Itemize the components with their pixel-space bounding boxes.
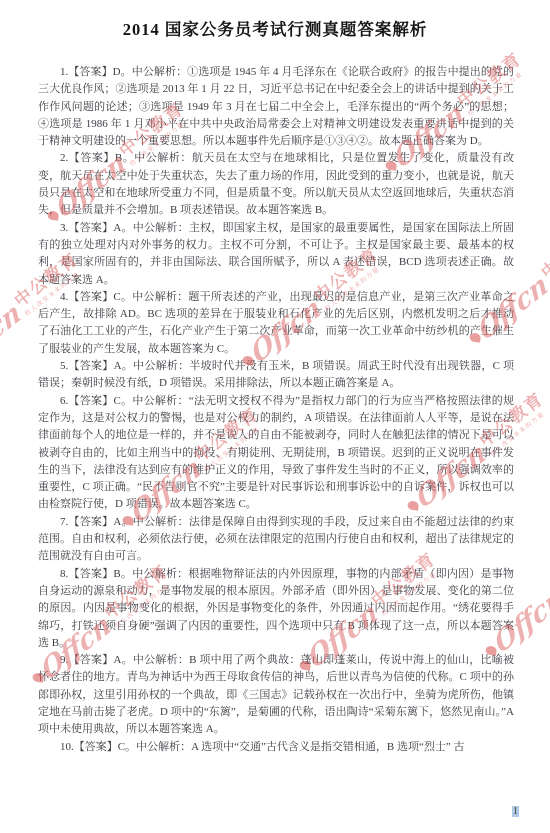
answer-paragraph: 7.【答案】A。中公解析：法律是保障自由得到实现的手段，反过来自由不能超过法律的… (38, 514, 514, 566)
answer-paragraph: 10.【答案】C。中公解析：A 选项中“交通”古代含义是指交错相通，B 选项“烈… (38, 739, 514, 756)
page-number: 1 (512, 806, 519, 817)
answer-paragraph: 2.【答案】B。中公解析：航天员在太空与在地球相比，只是位置发生了变化，质量没有… (38, 150, 514, 219)
answer-paragraph: 1.【答案】D。中公解析：①选项是 1945 年 4 月毛泽东在《论联合政府》的… (38, 64, 514, 150)
document-title: 2014 国家公务员考试行测真题答案解析 (0, 16, 550, 40)
answer-paragraph: 3.【答案】A。中公解析：主权，即国家主权，是国家的最重要属性，是国家在国际法上… (38, 220, 514, 289)
document-page: 2014 国家公务员考试行测真题答案解析 1.【答案】D。中公解析：①选项是 1… (0, 0, 550, 833)
answer-paragraph: 6.【答案】C。中公解析：“法无明文授权不得为”是指权力部门的行为应当严格按照法… (38, 393, 514, 514)
watermark-brand-text: 中公教育 (538, 222, 550, 282)
answer-paragraph: 4.【答案】C。中公解析：题干所表述的产业，出现最迟的是信息产业，是第三次产业革… (38, 289, 514, 358)
answer-paragraph: 8.【答案】B。中公解析：根据唯物辩证法的内外因原理，事物的内部矛盾（即内因）是… (38, 566, 514, 652)
watermark-logo-script: Offcn (0, 301, 24, 372)
answer-paragraph: 9.【答案】A。中公解析：B 项中用了两个典故：蓬山即蓬莱山，传说中海上的仙山，… (38, 652, 514, 738)
answer-explanations-list: 1.【答案】D。中公解析：①选项是 1945 年 4 月毛泽东在《论联合政府》的… (38, 64, 514, 756)
answer-paragraph: 5.【答案】A。中公解析：半坡时代并没有玉米，B 项错误。周武王时代没有出现铁器… (38, 358, 514, 393)
